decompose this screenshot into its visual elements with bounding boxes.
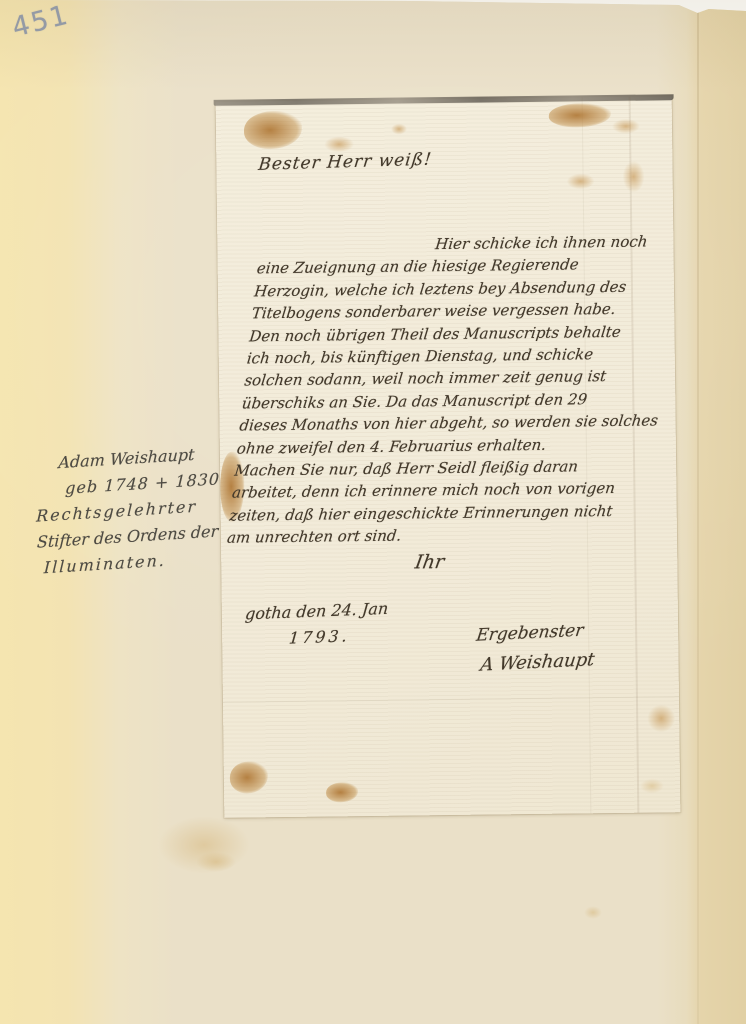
stain [567,173,595,189]
document-scan: 451 Adam Weishaupt geb 1748 + 1830. Rech… [0,0,746,1024]
stain [640,778,664,793]
letter-closing: Ihr [413,551,445,573]
stain [549,103,611,128]
stain [622,161,644,193]
stain [230,761,268,793]
stain [324,136,354,152]
stain [391,123,407,134]
letter-paper: Bester Herr weiß! Hier schicke ich ihnen… [216,96,681,818]
stain [326,782,358,802]
letter-signature-name: A Weishaupt [479,645,597,681]
letter-signature: Ergebenster A Weishaupt [471,615,601,681]
letter-body: Hier schicke ich ihnen noch eine Zueignu… [226,230,685,549]
fold-line-horizontal [223,696,679,703]
letter-dateline: gotha den 24. Jan 1793. [242,596,389,654]
stain [612,119,640,134]
stain [647,704,675,732]
letter-body-line: am unrechten ort sind. [226,522,652,550]
stain [244,111,302,150]
letter-salutation: Bester Herr weiß! [257,150,433,175]
letter-date-year: 1793. [288,622,387,652]
letter-date-place: gotha den 24. Jan [244,596,389,628]
page-top-shading [0,0,746,90]
margin-annotation: Adam Weishaupt geb 1748 + 1830. Rechtsge… [31,440,222,582]
